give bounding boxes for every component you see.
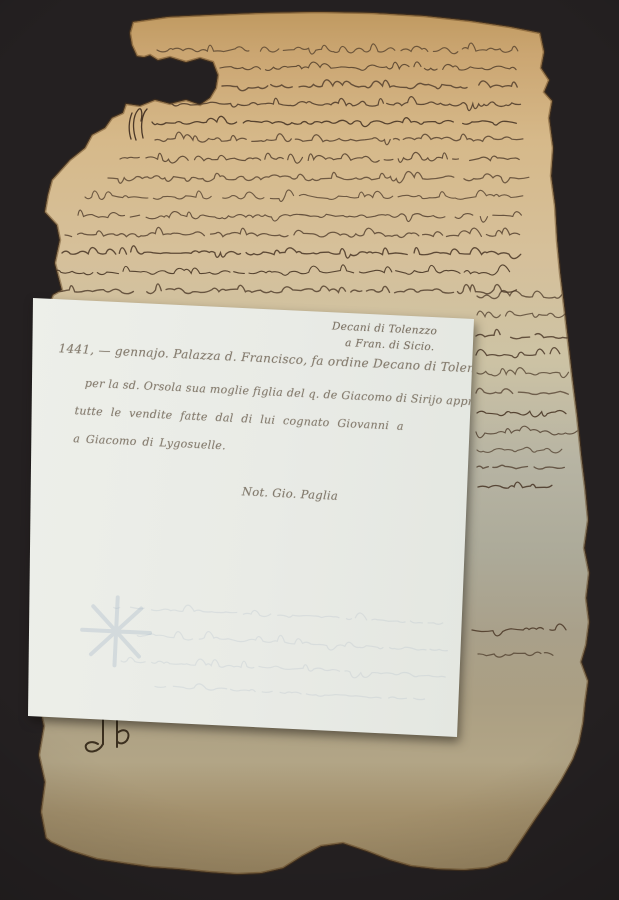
ink-showthrough	[13, 558, 462, 740]
note-corner-annotation-line: Decani di Tolenzzo	[332, 320, 438, 337]
note-text-line: per la sd. Orsola sua moglie figlia del …	[85, 377, 494, 410]
note-text-line: tutte le vendite fatte dal di lui cognat…	[74, 404, 404, 433]
showthrough-line	[113, 601, 443, 625]
note-text-line: a Giacomo di Lygosuelle.	[73, 432, 226, 452]
photo-stage: Decani di Tolenzzo a Fran. di Sicio. 144…	[0, 0, 619, 900]
star-watermark-icon	[81, 596, 152, 667]
showthrough-line	[154, 682, 425, 701]
showthrough-line	[137, 628, 448, 655]
note-signature: Not. Gio. Paglia	[242, 484, 339, 503]
note-corner-annotation-line: a Fran. di Sicio.	[345, 337, 435, 353]
showthrough-line	[120, 655, 446, 682]
note-paper: Decani di Tolenzzo a Fran. di Sicio. 144…	[0, 0, 619, 900]
archival-note: Decani di Tolenzzo a Fran. di Sicio. 144…	[0, 0, 619, 900]
